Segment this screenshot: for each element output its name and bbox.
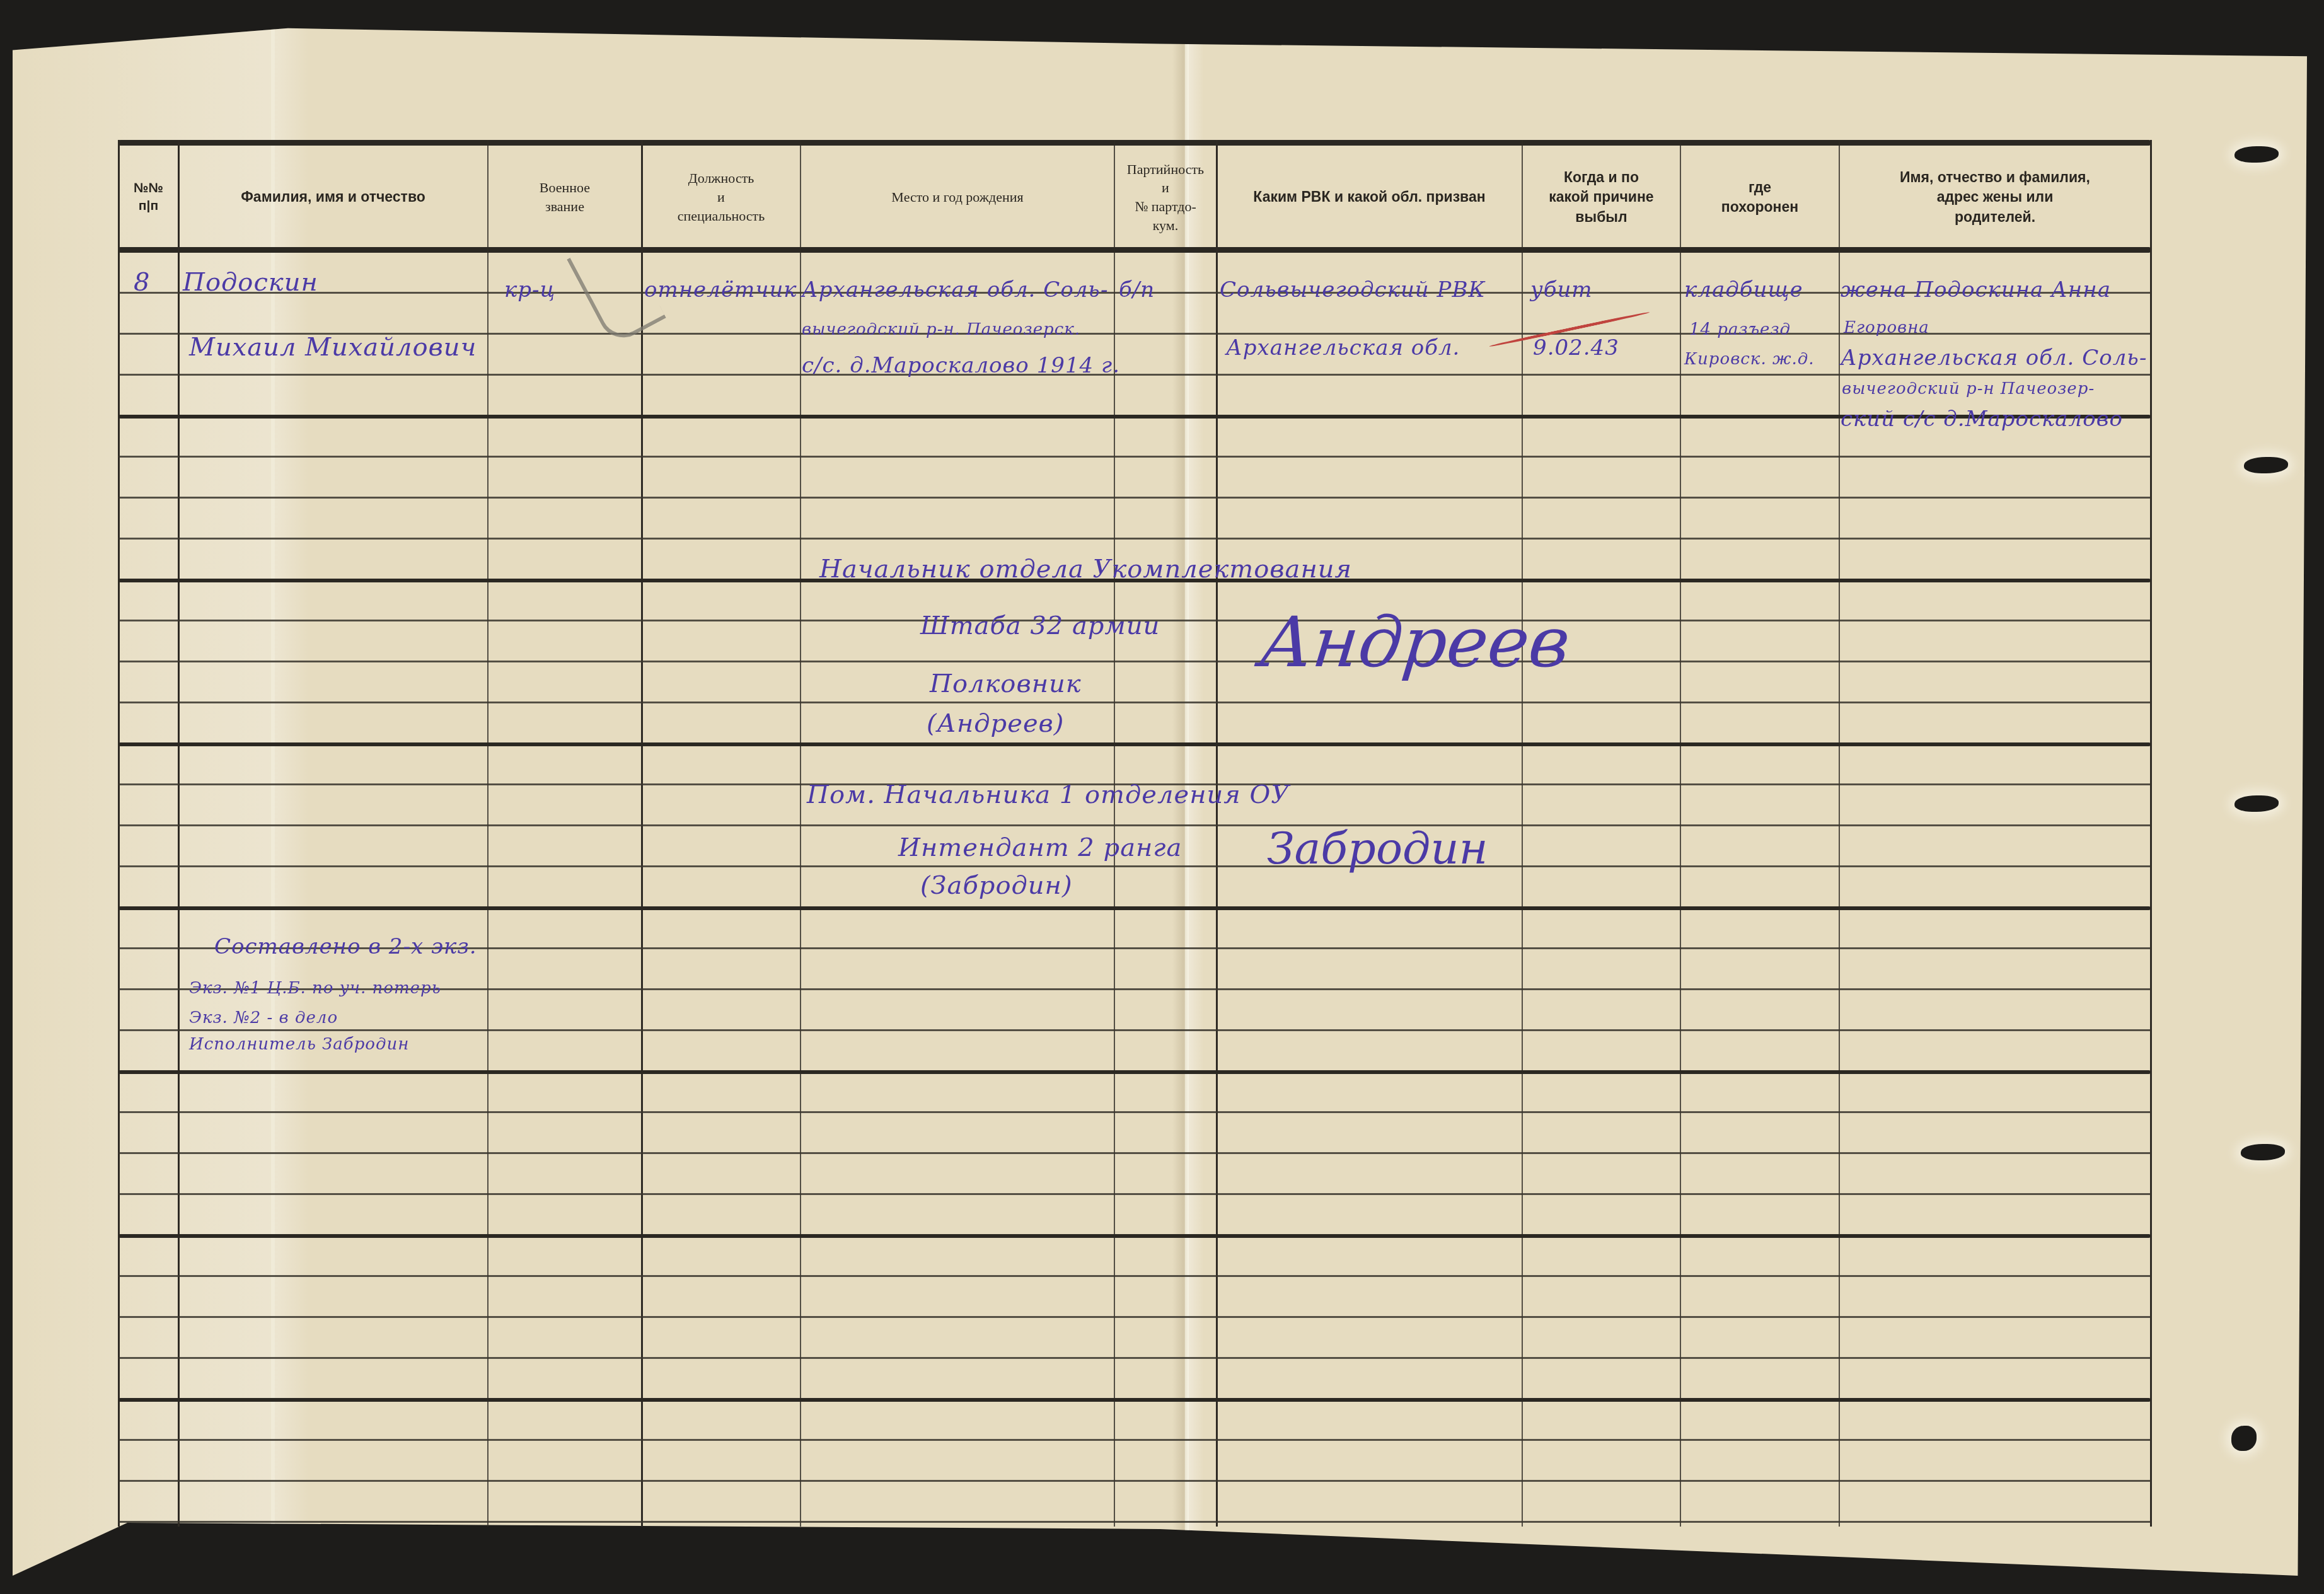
punch-hole [2234,795,2279,812]
row-rule [119,538,2151,540]
row-rule [119,1480,2151,1482]
row-rule [119,1439,2151,1441]
entry-party: б/п [1119,277,1155,303]
column-rule [1216,140,1218,1527]
header-buried: где похоронен [1680,146,1839,248]
entry-rvk-line1: Сольвычегодский РВК [1220,277,1486,303]
entry-when-why-line2: 9.02.43 [1533,335,1619,361]
punch-hole [2241,1144,2285,1160]
entry-birth-line1: Архангельская обл. Соль- [802,277,1108,303]
header-num: №№ п|п [119,146,178,248]
column-rule [487,140,489,1527]
chief-title-line3: Полковник [930,669,1082,698]
note-line1: Составлено в 2-х экз. [214,934,477,959]
entry-relatives-line1: жена Подоскина Анна [1841,277,2111,303]
header-birth: Место и год рождения [801,146,1114,248]
entry-buried-line2: 14 разъезд [1689,320,1791,339]
entry-when-why-line1: убит [1530,277,1593,303]
entry-surname: Подоскин [183,268,318,297]
deputy-printed-name: (Забродин) [920,871,1073,900]
row-rule [119,1193,2151,1195]
column-rule [1680,140,1681,1527]
row-rule [119,1275,2151,1277]
row-rule [119,865,2151,867]
entry-num: 8 [134,268,150,297]
punch-hole [2234,146,2279,163]
entry-relatives-line3: Архангельская обл. Соль- [1841,345,2147,371]
deputy-title-line1: Пом. Начальника 1 отделения ОУ [807,780,1290,809]
column-rule [1522,140,1523,1527]
entry-rvk-line2: Архангельская обл. [1226,335,1460,361]
column-rule [118,140,120,1527]
row-rule [119,702,2151,703]
row-rule [119,906,2151,910]
chief-title-line2: Штаба 32 армии [920,611,1160,640]
header-rvk: Каким РВК и какой обл. призван [1217,146,1522,248]
note-line3: Экз. №2 - в дело [189,1008,338,1027]
row-rule [119,1398,2151,1402]
row-rule [119,1029,2151,1031]
row-rule [119,661,2151,662]
punch-hole [2231,1426,2257,1451]
row-rule [119,1357,2151,1359]
row-rule [119,1152,2151,1154]
row-rule [119,742,2151,746]
column-rule [2150,140,2152,1527]
header-when-why: Когда и по какой причине выбыл [1522,146,1680,248]
table-top-rule [119,140,2151,146]
header-party: Партийность и № партдо- кум. [1114,146,1217,248]
row-rule [119,1111,2151,1113]
entry-rank: кр-ц [504,277,555,303]
row-rule [119,456,2151,458]
punch-hole [2244,457,2288,473]
chief-printed-name: (Андреев) [927,709,1064,738]
row-rule [119,1070,2151,1074]
deputy-signature: Забродин [1267,823,1488,874]
entry-position: отнелётчик [644,277,797,303]
entry-relatives-line4: вычегодский р-н Пачеозер- [1842,379,2095,398]
note-line2: Экз. №1 Ц.Б. по уч. потерь [189,979,441,998]
column-rule [1839,140,1840,1527]
header-name: Фамилия, имя и отчество [178,146,488,248]
header-position: Должность и специальность [642,146,801,248]
chief-title-line1: Начальник отдела Укомплектования [819,555,1352,584]
entry-relatives-line5: ский с/с д.Мароскалово [1841,407,2123,432]
column-rule [178,140,180,1527]
row-rule [119,1316,2151,1318]
row-rule [119,374,2151,376]
deputy-title-line2: Интендант 2 ранга [898,833,1182,862]
chief-signature: Андреев [1256,602,1574,683]
entry-buried-line3: Кировск. ж.д. [1684,350,1814,369]
row-rule [119,497,2151,499]
row-rule [119,1521,2151,1523]
column-rule [800,140,801,1527]
row-rule [119,1234,2151,1238]
row-rule [119,824,2151,826]
entry-buried-line1: кладбище [1684,277,1803,303]
entry-birth-line2: вычегодский р-н. Пачеозерск. [802,320,1080,339]
entry-birth-line3: с/с. д.Мароскалово 1914 г. [802,353,1120,378]
column-rule [641,140,643,1527]
note-line4: Исполнитель Забродин [189,1035,409,1054]
entry-relatives-line2: Егоровна [1844,318,1929,337]
entry-given-names: Михаил Михайлович [189,333,477,362]
header-relatives: Имя, отчество и фамилия, адрес жены или … [1839,146,2151,248]
